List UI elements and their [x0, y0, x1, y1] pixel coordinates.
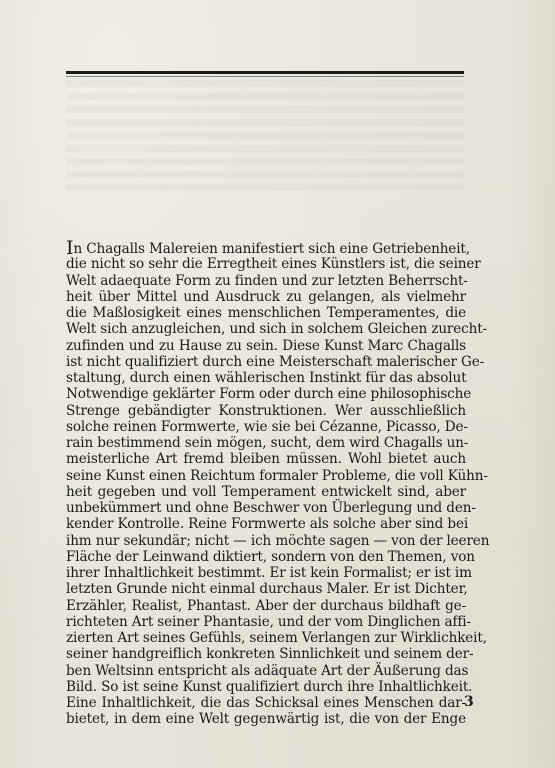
- text-line: heit über Mittel und Ausdruck zu gelange…: [66, 289, 466, 305]
- text-line: Notwendige geklärter Form oder durch ein…: [66, 386, 466, 402]
- text-line: solche reinen Formwerte, wie sie bei Céz…: [66, 419, 466, 435]
- text-line: Erzähler, Realist, Phantast. Aber der du…: [66, 598, 466, 614]
- text-line: seiner handgreiflich konkreten Sinnlichk…: [66, 646, 466, 662]
- body-paragraph: In Chagalls Malereien manifestiert sich …: [66, 240, 466, 728]
- text-line: Fläche der Leinwand diktiert, sondern vo…: [66, 549, 466, 565]
- text-line: unbekümmert und ohne Beschwer von Überle…: [66, 500, 466, 516]
- text-line: ben Weltsinn entspricht als adäquate Art…: [66, 663, 466, 679]
- text-line: ihm nur sekundär; nicht — ich möchte sag…: [66, 533, 466, 549]
- show-through-text: [66, 80, 464, 190]
- text-line: Eine Inhaltlichkeit, die das Schicksal e…: [66, 695, 466, 711]
- text-line: letzten Grunde nicht einmal durchaus Mal…: [66, 581, 466, 597]
- text-line: zufinden und zu Hause zu sein. Diese Kun…: [66, 338, 466, 354]
- header-rule-thick: [66, 71, 464, 74]
- text-line: bietet, in dem eine Welt gegenwärtig ist…: [66, 711, 466, 727]
- text-line: richteten Art seiner Phantasie, und der …: [66, 614, 466, 630]
- text-line: meisterliche Art fremd bleiben müssen. W…: [66, 451, 466, 467]
- text-line: rain bestimmend sein mögen, sucht, dem w…: [66, 435, 466, 451]
- text-line: staltung, durch einen wählerischen Insti…: [66, 370, 466, 386]
- text-line: kender Kontrolle. Reine Formwerte als so…: [66, 516, 466, 532]
- text-line: die Maßlosigkeit eines menschlichen Temp…: [66, 305, 466, 321]
- text-line: Strenge gebändigter Konstruktionen. Wer …: [66, 403, 466, 419]
- text-line: In Chagalls Malereien manifestiert sich …: [66, 240, 466, 256]
- text-line: seine Kunst einen Reichtum formaler Prob…: [66, 468, 466, 484]
- text-line: zierten Art seines Gefühls, seinem Verla…: [66, 630, 466, 646]
- text-line: Welt adaequate Form zu finden und zur le…: [66, 273, 466, 289]
- header-rule-thin: [66, 76, 464, 77]
- text-line: die nicht so sehr die Erregtheit eines K…: [66, 256, 466, 272]
- page-number: 3: [464, 694, 474, 710]
- book-page: In Chagalls Malereien manifestiert sich …: [0, 0, 555, 768]
- text-line: heit gegeben und voll Temperament entwic…: [66, 484, 466, 500]
- text-line: Welt sich anzugleichen, und sich in solc…: [66, 321, 466, 337]
- text-line: ist nicht qualifiziert durch eine Meiste…: [66, 354, 466, 370]
- text-line: ihrer Inhaltlichkeit bestimmt. Er ist ke…: [66, 565, 466, 581]
- text-line: Bild. So ist seine Kunst qualifiziert du…: [66, 679, 466, 695]
